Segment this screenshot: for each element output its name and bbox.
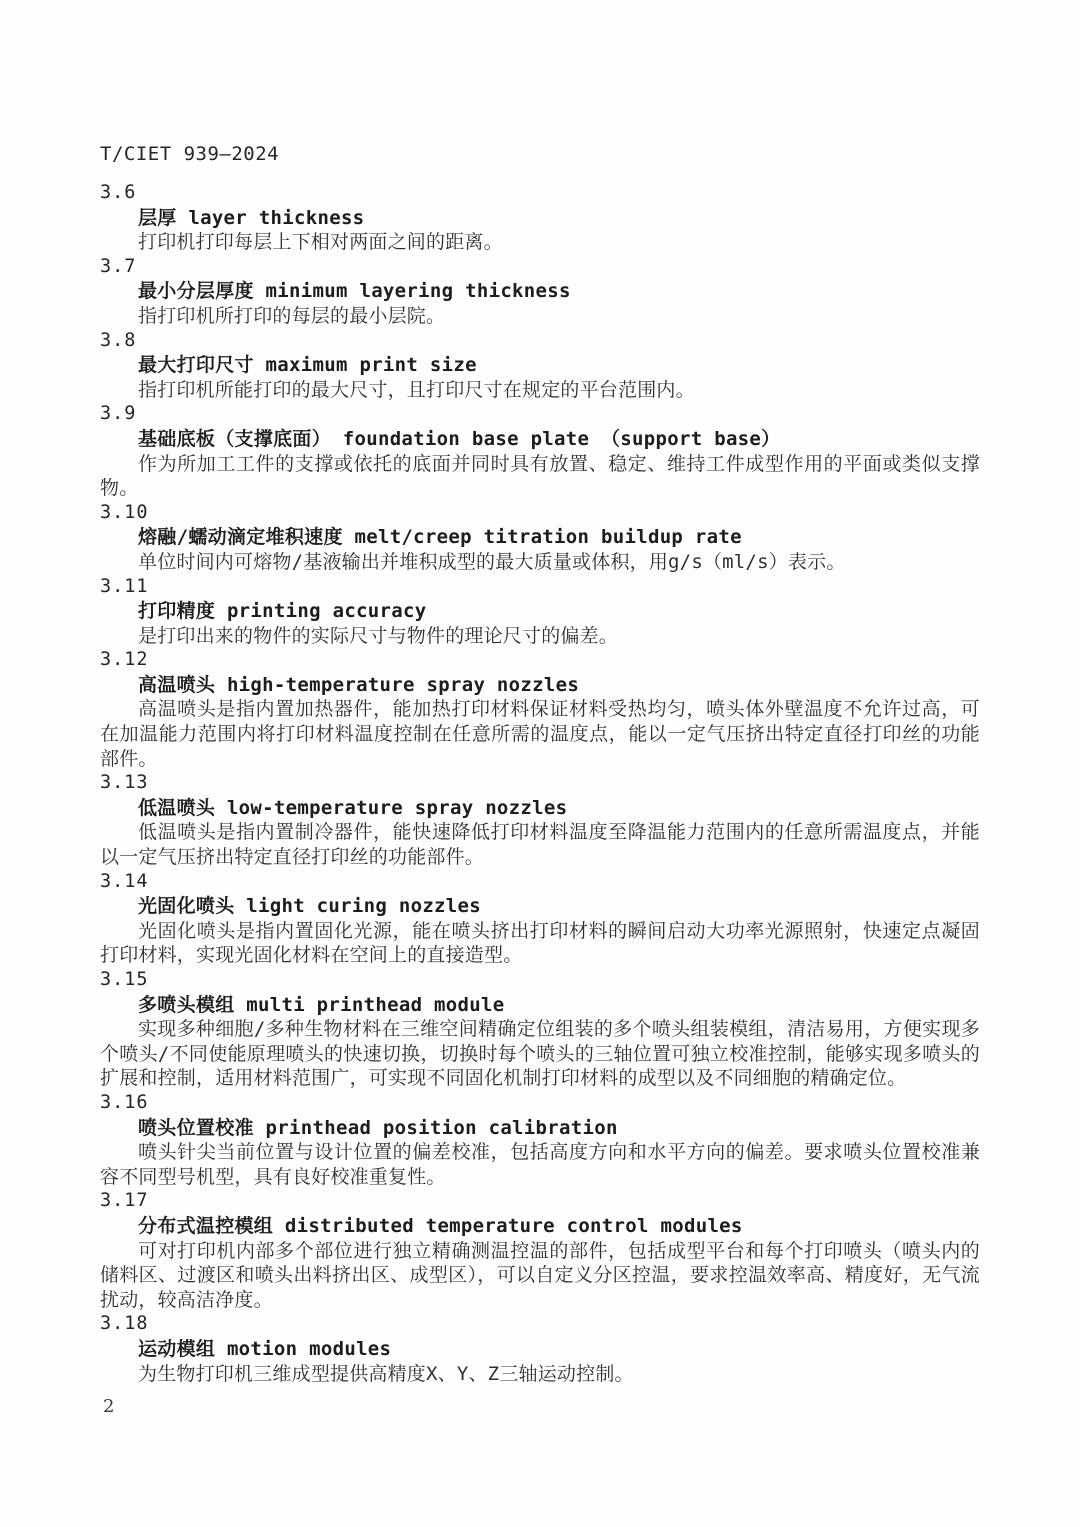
term-definition: 指打印机所打印的每层的最小层院。 [100,304,980,329]
section-number: 3.7 [100,255,980,280]
term-heading: 运动模组 motion modules [100,1337,980,1362]
term-entry-3-9: 3.9 基础底板（支撑底面） foundation base plate （su… [100,402,980,500]
section-number: 3.12 [100,648,980,673]
term-entry-3-6: 3.6 层厚 layer thickness 打印机打印每层上下相对两面之间的距… [100,181,980,255]
term-definition: 高温喷头是指内置加热器件，能加热打印材料保证材料受热均匀，喷头体外壁温度不允许过… [100,697,980,771]
document-header: T/CIET 939—2024 [100,142,980,167]
term-definition: 单位时间内可熔物/基液输出并堆积成型的最大质量或体积，用g/s（ml/s）表示。 [100,550,980,575]
term-definition: 为生物打印机三维成型提供高精度X、Y、Z三轴运动控制。 [100,1362,980,1387]
term-definition: 指打印机所能打印的最大尺寸，且打印尺寸在规定的平台范围内。 [100,378,980,403]
term-definition: 低温喷头是指内置制冷器件，能快速降低打印材料温度至降温能力范围内的任意所需温度点… [100,820,980,869]
term-heading: 打印精度 printing accuracy [100,599,980,624]
term-heading: 层厚 layer thickness [100,206,980,231]
term-entry-3-7: 3.7 最小分层厚度 minimum layering thickness 指打… [100,255,980,329]
term-entry-3-18: 3.18 运动模组 motion modules 为生物打印机三维成型提供高精度… [100,1312,980,1386]
term-entry-3-17: 3.17 分布式温控模组 distributed temperature con… [100,1189,980,1312]
term-entry-3-8: 3.8 最大打印尺寸 maximum print size 指打印机所能打印的最… [100,329,980,403]
section-number: 3.15 [100,968,980,993]
section-number: 3.17 [100,1189,980,1214]
term-heading: 熔融/蠕动滴定堆积速度 melt/creep titration buildup… [100,525,980,550]
term-definition: 作为所加工工件的支撑或依托的底面并同时具有放置、稳定、维持工件成型作用的平面或类… [100,452,980,501]
term-definition: 可对打印机内部多个部位进行独立精确测温控温的部件，包括成型平台和每个打印喷头（喷… [100,1239,980,1313]
term-entry-3-10: 3.10 熔融/蠕动滴定堆积速度 melt/creep titration bu… [100,501,980,575]
section-number: 3.18 [100,1312,980,1337]
term-definition: 光固化喷头是指内置固化光源，能在喷头挤出打印材料的瞬间启动大功率光源照射，快速定… [100,919,980,968]
term-definition: 喷头针尖当前位置与设计位置的偏差校准，包括高度方向和水平方向的偏差。要求喷头位置… [100,1140,980,1189]
term-heading: 多喷头模组 multi printhead module [100,993,980,1018]
term-heading: 光固化喷头 light curing nozzles [100,894,980,919]
section-number: 3.13 [100,771,980,796]
term-entry-3-14: 3.14 光固化喷头 light curing nozzles 光固化喷头是指内… [100,870,980,968]
term-definition: 打印机打印每层上下相对两面之间的距离。 [100,230,980,255]
section-number: 3.10 [100,501,980,526]
section-number: 3.8 [100,329,980,354]
term-heading: 最小分层厚度 minimum layering thickness [100,279,980,304]
page-number: 2 [103,1396,114,1417]
section-number: 3.11 [100,575,980,600]
term-definition: 实现多种细胞/多种生物材料在三维空间精确定位组装的多个喷头组装模组，清洁易用，方… [100,1017,980,1091]
term-entry-3-12: 3.12 高温喷头 high-temperature spray nozzles… [100,648,980,771]
document-page: T/CIET 939—2024 3.6 层厚 layer thickness 打… [0,0,1080,1527]
term-entry-3-13: 3.13 低温喷头 low-temperature spray nozzles … [100,771,980,869]
term-heading: 分布式温控模组 distributed temperature control … [100,1214,980,1239]
term-heading: 低温喷头 low-temperature spray nozzles [100,796,980,821]
section-number: 3.9 [100,402,980,427]
section-number: 3.16 [100,1091,980,1116]
term-entry-3-16: 3.16 喷头位置校准 printhead position calibrati… [100,1091,980,1189]
term-heading: 最大打印尺寸 maximum print size [100,353,980,378]
section-number: 3.14 [100,870,980,895]
section-number: 3.6 [100,181,980,206]
term-heading: 喷头位置校准 printhead position calibration [100,1116,980,1141]
term-heading: 基础底板（支撑底面） foundation base plate （suppor… [100,427,980,452]
term-entry-3-11: 3.11 打印精度 printing accuracy 是打印出来的物件的实际尺… [100,575,980,649]
term-definition: 是打印出来的物件的实际尺寸与物件的理论尺寸的偏差。 [100,624,980,649]
term-heading: 高温喷头 high-temperature spray nozzles [100,673,980,698]
term-entry-3-15: 3.15 多喷头模组 multi printhead module 实现多种细胞… [100,968,980,1091]
